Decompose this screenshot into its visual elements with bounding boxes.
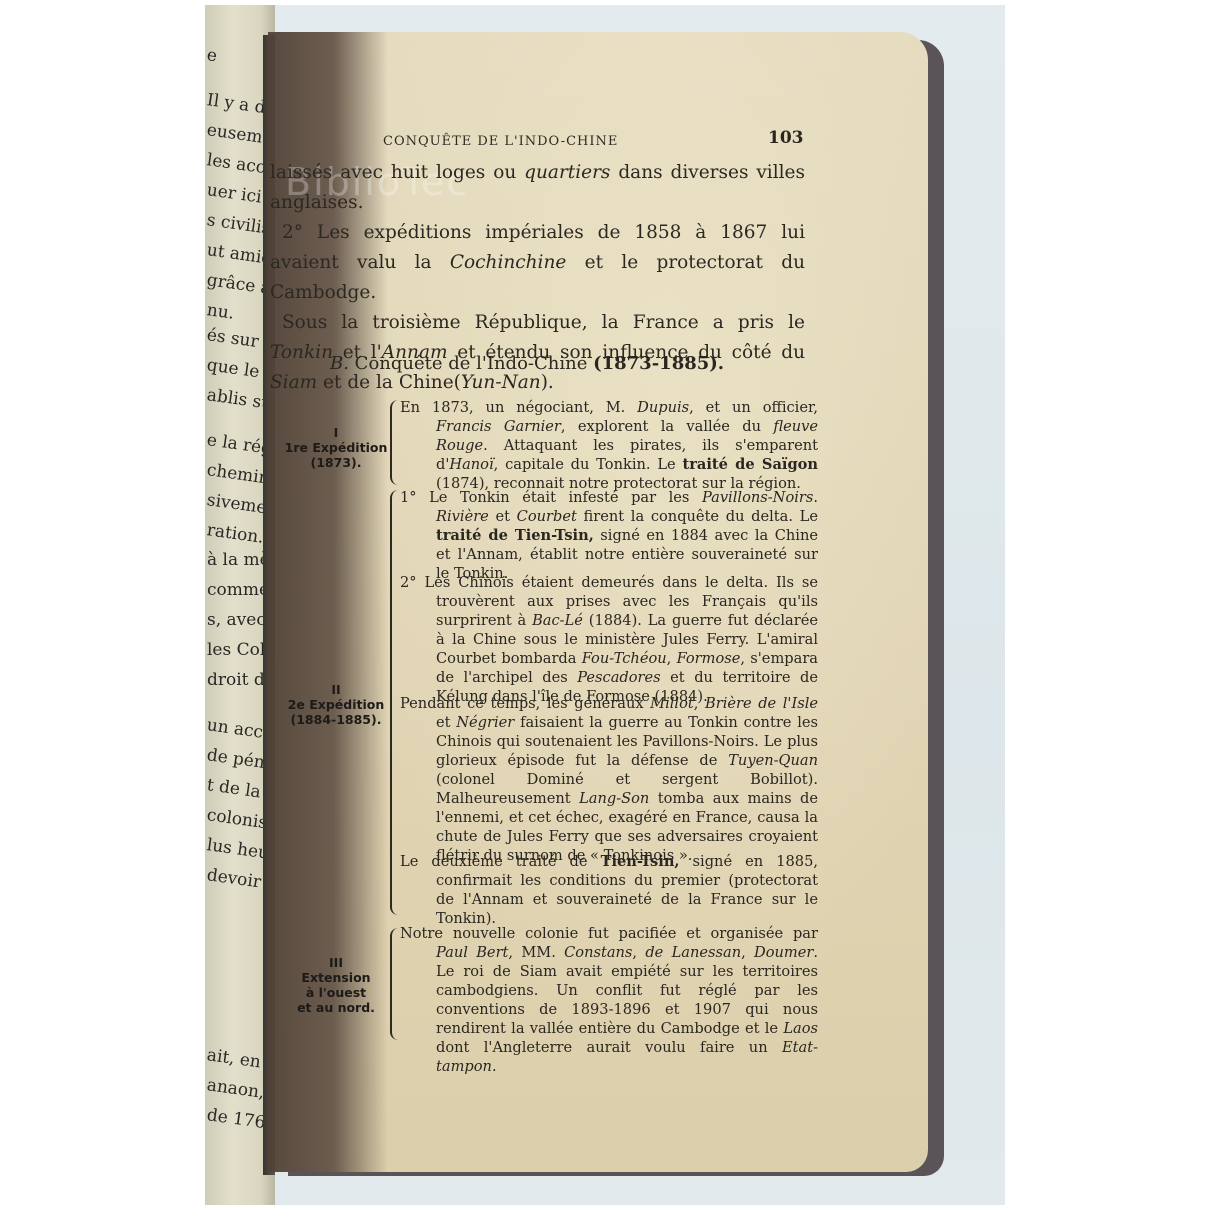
paragraph-expedition-2-point-3: Pendant ce temps, les généraux Millot, B… [400, 694, 818, 865]
page-number: 103 [768, 128, 804, 148]
left-page-fragment: nu. [206, 300, 236, 324]
paragraph-expedition-2-point-1: 1° Le Tonkin était infesté par les Pavil… [400, 488, 818, 583]
paragraph-expedition-1: En 1873, un négociant, M. Dupuis, et un … [400, 398, 818, 493]
left-page-fragment: ration. [206, 520, 265, 548]
running-head: Conquête de l'Indo-Chine [383, 134, 803, 149]
intro-line-1: laissés avec huit loges ou quartiers dan… [270, 158, 805, 218]
paragraph-expedition-3: Notre nouvelle colonie fut pacifiée et o… [400, 924, 818, 1076]
paragraph-expedition-2-point-4: Le deuxième traité de Tien-Tsin, signé e… [400, 852, 818, 928]
intro-point-2: 2° Les expéditions impériales de 1858 à … [270, 218, 805, 308]
expedition-2-label: II 2e Expédition (1884-1885). [282, 682, 390, 727]
expedition-1-label: I 1re Expédition (1873). [282, 425, 390, 470]
section-title: B. Conquête de l'Indo-Chine (1873-1885). [330, 353, 724, 374]
expedition-3-label: III Extension à l'ouest et au nord. [282, 955, 390, 1015]
paragraph-expedition-2-point-2: 2° Les Chinois étaient demeurés dans le … [400, 573, 818, 706]
left-page-fragment: e [206, 45, 219, 66]
